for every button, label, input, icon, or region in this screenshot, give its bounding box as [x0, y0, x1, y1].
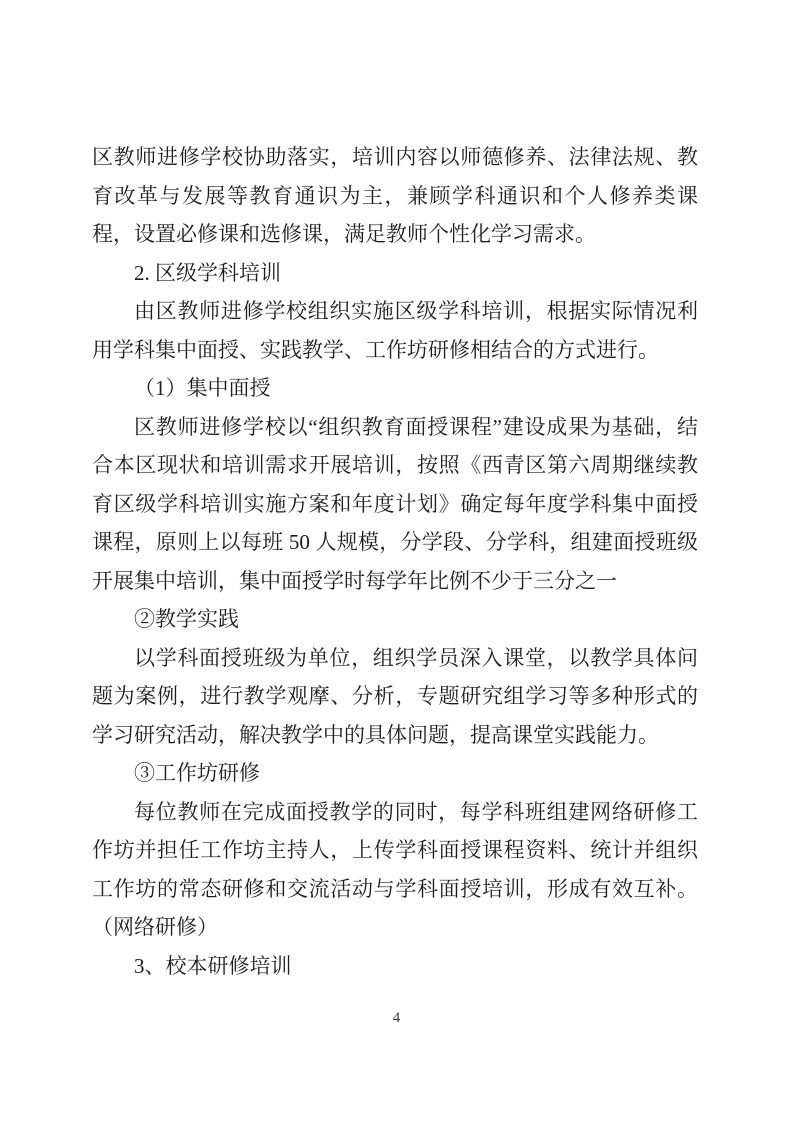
document-body: 区教师进修学校协助落实，培训内容以师德修养、法律法规、教 育改革与发展等教育通识… [92, 138, 698, 985]
body-line: 以学科面授班级为单位，组织学员深入课堂，以教学具体问 [92, 639, 698, 678]
body-line: 每位教师在完成面授教学的同时，每学科班组建网络研修工 [92, 793, 698, 832]
section-heading-line: （1）集中面授 [92, 369, 698, 408]
body-line: 由区教师进修学校组织实施区级学科培训，根据实际情况利 [92, 292, 698, 331]
body-line: 题为案例，进行教学观摩、分析，专题研究组学习等多种形式的 [92, 677, 698, 716]
section-heading-line: ③工作坊研修 [92, 754, 698, 793]
body-line: 育改革与发展等教育通识为主，兼顾学科通识和个人修养类课 [92, 177, 698, 216]
body-line: 作坊并担任工作坊主持人，上传学科面授课程资料、统计并组织 [92, 831, 698, 870]
body-line: 区教师进修学校以“组织教育面授课程”建设成果为基础，结 [92, 408, 698, 447]
document-page: 区教师进修学校协助落实，培训内容以师德修养、法律法规、教 育改革与发展等教育通识… [0, 0, 793, 1122]
body-line: 学习研究活动，解决教学中的具体问题，提高课堂实践能力。 [92, 716, 698, 755]
body-line: 用学科集中面授、实践教学、工作坊研修相结合的方式进行。 [92, 331, 698, 370]
body-line: 育区级学科培训实施方案和年度计划》确定每年度学科集中面授 [92, 485, 698, 524]
section-heading-line: 2. 区级学科培训 [92, 254, 698, 293]
body-line: 课程，原则上以每班 50 人规模，分学段、分学科，组建面授班级 [92, 523, 698, 562]
body-line: 工作坊的常态研修和交流活动与学科面授培训，形成有效互补。 [92, 870, 698, 909]
body-line: 合本区现状和培训需求开展培训，按照《西青区第六周期继续教 [92, 446, 698, 485]
body-line: （网络研修） [92, 908, 698, 947]
body-line: 区教师进修学校协助落实，培训内容以师德修养、法律法规、教 [92, 138, 698, 177]
section-heading-line: 3、校本研修培训 [92, 947, 698, 986]
body-line: 程，设置必修课和选修课，满足教师个性化学习需求。 [92, 215, 698, 254]
section-heading-line: ②教学实践 [92, 600, 698, 639]
body-line: 开展集中培训，集中面授学时每学年比例不少于三分之一 [92, 562, 698, 601]
page-number: 4 [0, 1006, 793, 1030]
